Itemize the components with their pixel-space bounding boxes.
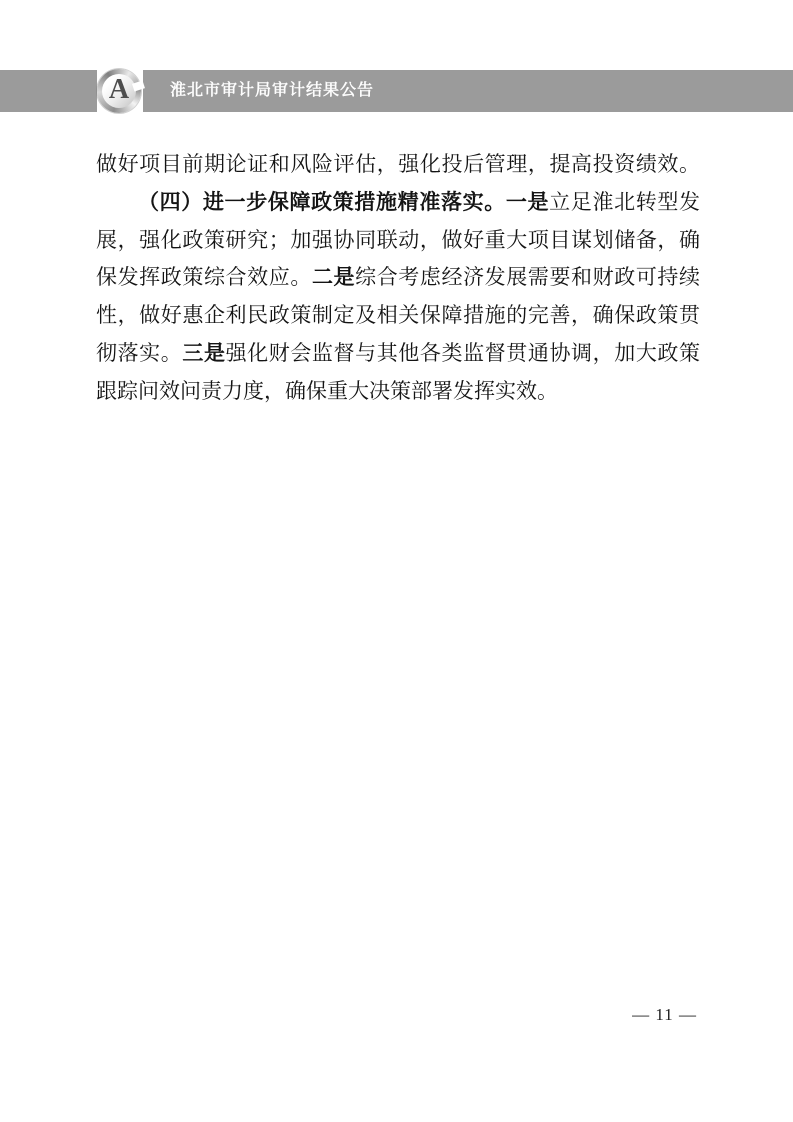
header-title: 淮北市审计局审计结果公告 xyxy=(170,70,374,112)
text-line: 保发挥政策综合效应。二是综合考虑经济发展需要和财政可持续 xyxy=(96,259,700,297)
text-line: 跟踪问效问责力度，确保重大决策部署发挥实效。 xyxy=(96,373,700,411)
text-segment: 做好项目前期论证和风险评估，强化投后管理，提高投资绩效。 xyxy=(96,152,700,176)
header-band: A 淮北市审计局审计结果公告 xyxy=(0,70,793,112)
text-line: （四）进一步保障政策措施精准落实。一是立足淮北转型发 xyxy=(96,184,700,222)
bold-text-segment: （四）进一步保障政策措施精准落实。一是 xyxy=(138,190,549,214)
bold-text-segment: 二是 xyxy=(312,265,355,289)
body-text: 做好项目前期论证和风险评估，强化投后管理，提高投资绩效。（四）进一步保障政策措施… xyxy=(96,146,700,411)
text-line: 彻落实。三是强化财会监督与其他各类监督贯通协调，加大政策 xyxy=(96,335,700,373)
text-segment: 强化财会监督与其他各类监督贯通协调，加大政策 xyxy=(226,341,700,365)
text-segment: 彻落实。 xyxy=(96,341,182,365)
audit-logo-icon: A xyxy=(97,69,141,113)
document-page: A 淮北市审计局审计结果公告 做好项目前期论证和风险评估，强化投后管理，提高投资… xyxy=(0,0,793,1122)
logo-background: A xyxy=(97,70,143,112)
text-segment: 综合考虑经济发展需要和财政可持续 xyxy=(355,265,700,289)
bold-text-segment: 三是 xyxy=(182,341,225,365)
page-number: — 11 — xyxy=(632,1003,697,1027)
text-segment: 立足淮北转型发 xyxy=(549,190,700,214)
text-segment: 性，做好惠企利民政策制定及相关保障措施的完善，确保政策贯 xyxy=(96,303,700,327)
audit-logo-letter: A xyxy=(97,69,141,113)
text-segment: 跟踪问效问责力度，确保重大决策部署发挥实效。 xyxy=(96,379,558,403)
text-line: 性，做好惠企利民政策制定及相关保障措施的完善，确保政策贯 xyxy=(96,297,700,335)
text-segment: 保发挥政策综合效应。 xyxy=(96,265,312,289)
text-line: 做好项目前期论证和风险评估，强化投后管理，提高投资绩效。 xyxy=(96,146,700,184)
text-segment: 展，强化政策研究；加强协同联动，做好重大项目谋划储备，确 xyxy=(96,228,700,252)
text-line: 展，强化政策研究；加强协同联动，做好重大项目谋划储备，确 xyxy=(96,222,700,260)
